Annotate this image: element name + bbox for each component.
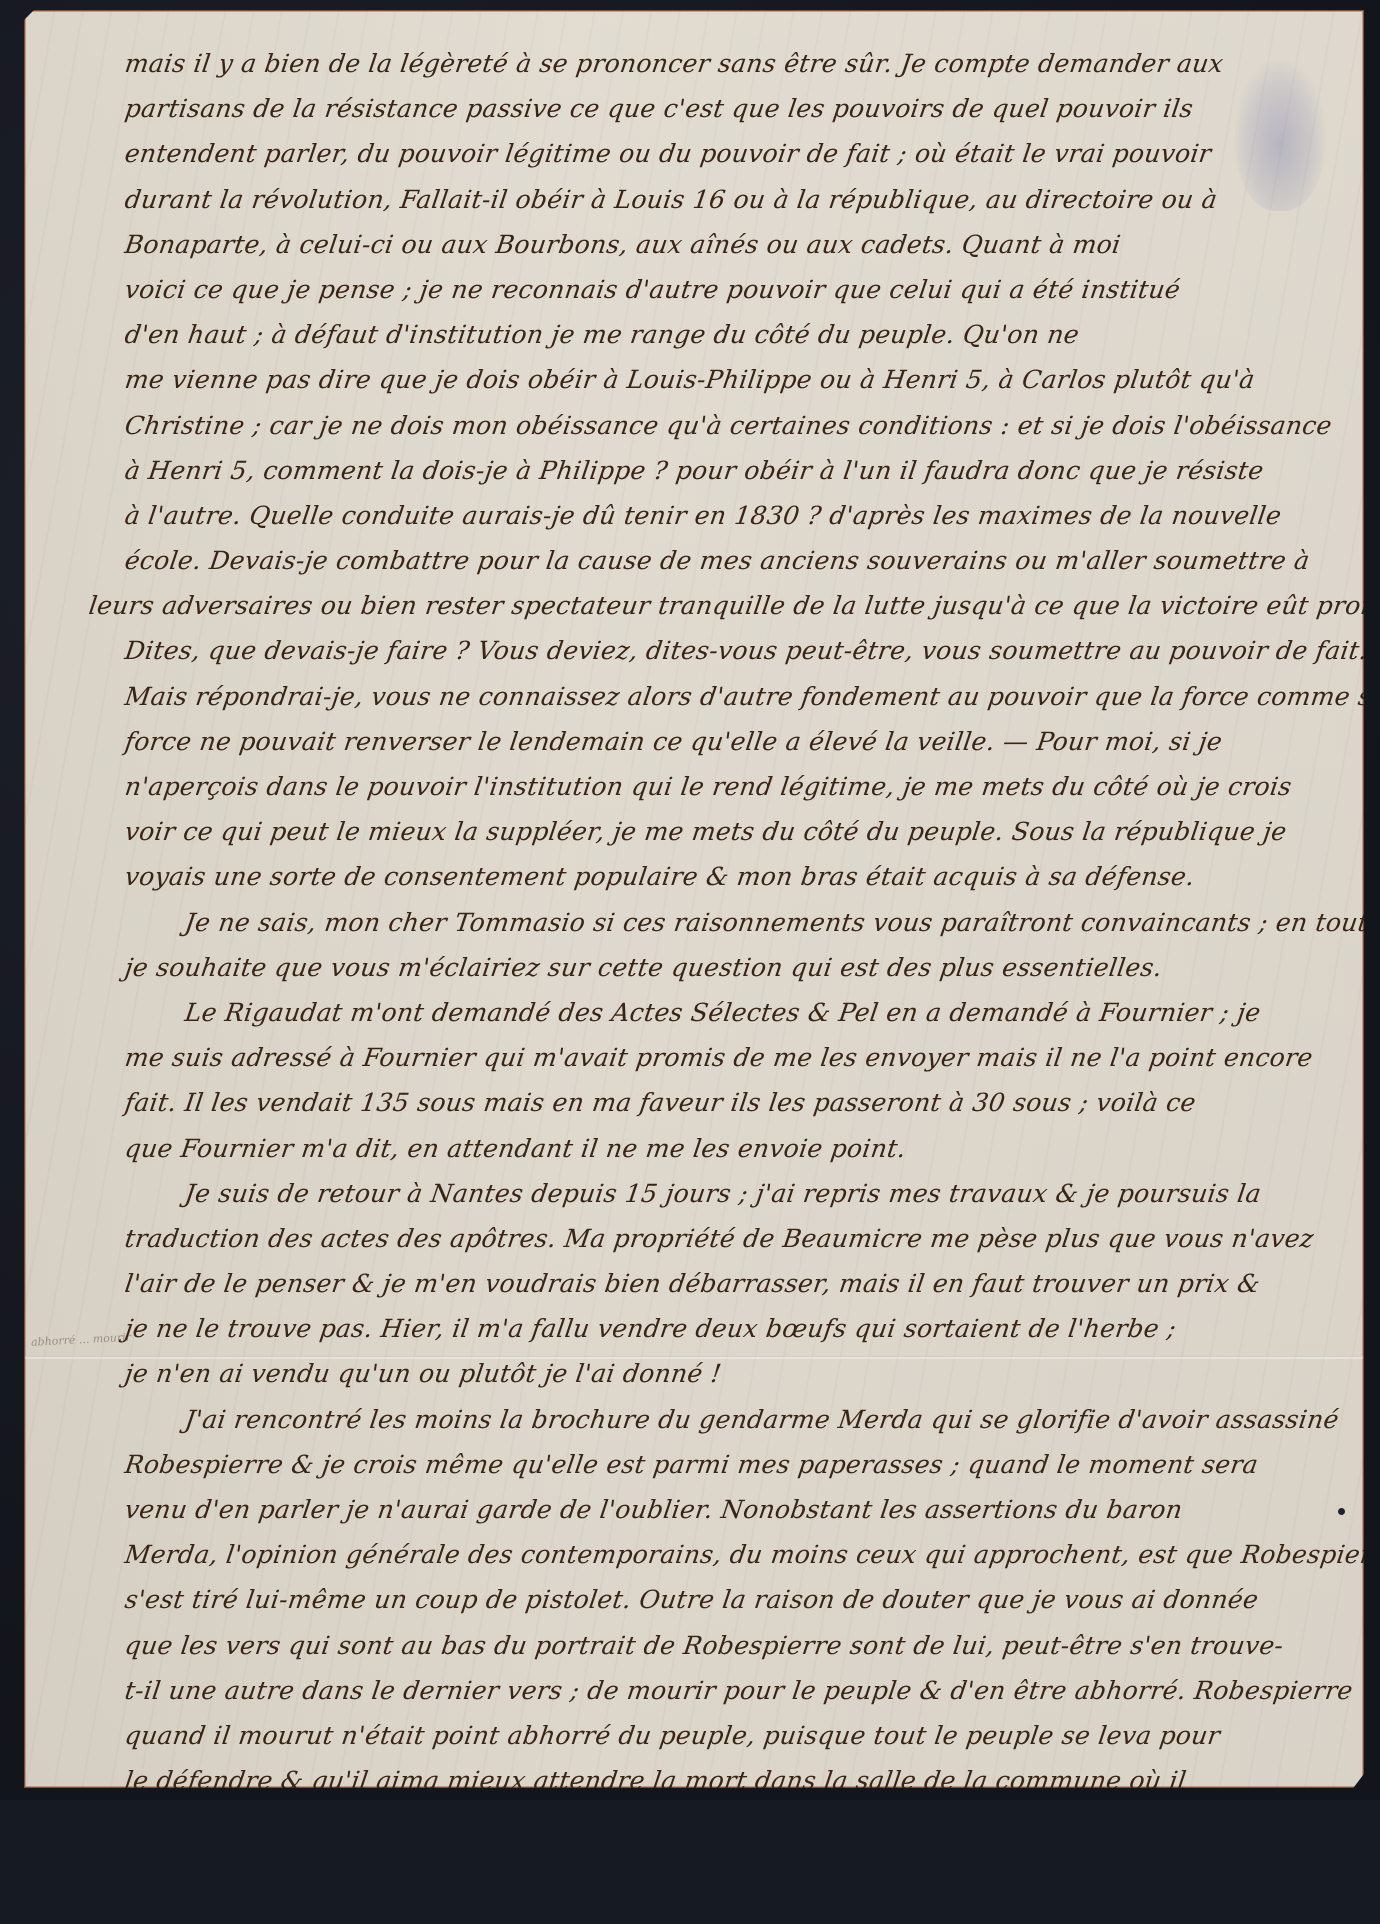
text-line: je n'en ai vendu qu'un ou plutôt je l'ai… — [122, 1351, 1338, 1396]
text-line: s'est tiré lui-même un coup de pistolet.… — [122, 1577, 1338, 1622]
text-line: quand il mourut n'était point abhorré du… — [122, 1713, 1338, 1758]
text-line: je ne le trouve pas. Hier, il m'a fallu … — [122, 1306, 1338, 1351]
text-line: que les vers qui sont au bas du portrait… — [122, 1623, 1338, 1668]
paragraph-start-line: Je suis de retour à Nantes depuis 15 jou… — [122, 1171, 1338, 1216]
text-line: durant la révolution, Fallait-il obéir à… — [122, 177, 1338, 222]
paragraph-start-line: J'ai rencontré les moins la brochure du … — [122, 1397, 1338, 1442]
text-line: à Henri 5, comment la dois-je à Philippe… — [122, 448, 1338, 493]
text-line: Bonaparte, à celui-ci ou aux Bourbons, a… — [122, 222, 1338, 267]
text-line: que Fournier m'a dit, en attendant il ne… — [122, 1126, 1338, 1171]
text-line: force ne pouvait renverser le lendemain … — [122, 719, 1338, 764]
text-line: Dites, que devais-je faire ? Vous deviez… — [122, 628, 1338, 673]
text-line: venu d'en parler je n'aurai garde de l'o… — [122, 1487, 1338, 1532]
text-line: école. Devais-je combattre pour la cause… — [122, 538, 1338, 583]
text-line-with-underlined-quote: t-il une autre dans le dernier vers ; de… — [122, 1668, 1338, 1713]
text-line: leurs adversaires ou bien rester spectat… — [86, 583, 1338, 628]
text-line: Mais répondrai-je, vous ne connaissez al… — [122, 674, 1338, 719]
text-line: Christine ; car je ne dois mon obéissanc… — [122, 403, 1338, 448]
text-line: l'air de le penser & je m'en voudrais bi… — [122, 1261, 1338, 1306]
text-line: je souhaite que vous m'éclairiez sur cet… — [122, 945, 1338, 990]
text-line: voyais une sorte de consentement populai… — [122, 854, 1338, 899]
text-line: mais il y a bien de la légèreté à se pro… — [122, 41, 1338, 86]
handwritten-text-block: mais il y a bien de la légèreté à se pro… — [125, 41, 1335, 1800]
text-line: à l'autre. Quelle conduite aurais-je dû … — [122, 493, 1338, 538]
manuscript-page: abhorré ... mourir mais il y a bien de l… — [24, 10, 1364, 1788]
paragraph-start-line: Le Rigaudat m'ont demandé des Actes Séle… — [122, 990, 1338, 1035]
text-line: Merda, l'opinion générale des contempora… — [122, 1532, 1338, 1577]
text-line: voir ce qui peut le mieux la suppléer, j… — [122, 809, 1338, 854]
paragraph-start-line: Je ne sais, mon cher Tommasio si ces rai… — [122, 900, 1338, 945]
text-line: me suis adressé à Fournier qui m'avait p… — [122, 1035, 1338, 1080]
text-line: partisans de la résistance passive ce qu… — [122, 86, 1338, 131]
text-line: Robespierre & je crois même qu'elle est … — [122, 1442, 1338, 1487]
text-line: traduction des actes des apôtres. Ma pro… — [122, 1216, 1338, 1261]
text-line: entendent parler, du pouvoir légitime ou… — [122, 131, 1338, 176]
text-line: d'en haut ; à défaut d'institution je me… — [122, 312, 1338, 357]
text-line: fait. Il les vendait 135 sous mais en ma… — [122, 1080, 1338, 1125]
ink-dot-mark — [1338, 1508, 1345, 1515]
text-line: voici ce que je pense ; je ne reconnais … — [122, 267, 1338, 312]
text-line: me vienne pas dire que je dois obéir à L… — [122, 357, 1338, 402]
text-line: n'aperçois dans le pouvoir l'institution… — [122, 764, 1338, 809]
